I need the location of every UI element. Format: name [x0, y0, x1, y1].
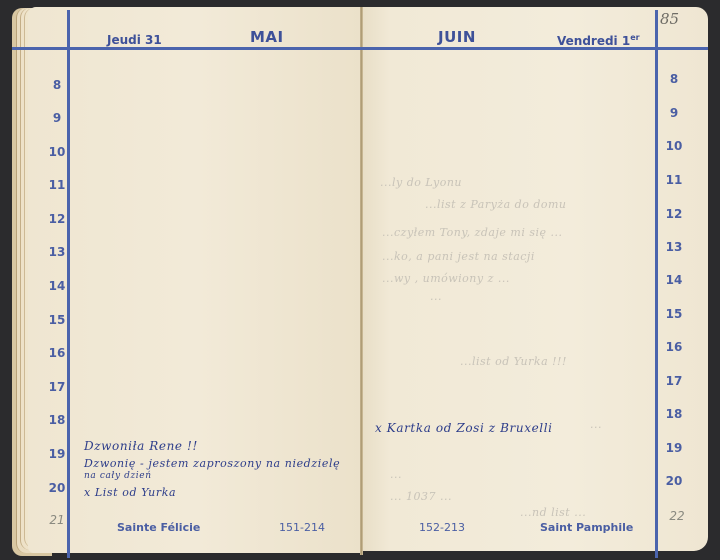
ghost-line: ...nd list ... — [520, 506, 586, 519]
hour-label: 11 — [44, 178, 70, 192]
right-day-label: Vendredi 1er — [557, 33, 640, 48]
ghost-line: ...czyłem Tony, zdaje mi się ... — [382, 226, 563, 239]
ghost-line: ...ko, a pani jest na stacji — [382, 250, 535, 263]
hour-label: 12 — [44, 212, 70, 226]
hour-label: 11 — [661, 173, 687, 187]
hour-label: 20 — [44, 481, 70, 495]
folio-number: 85 — [660, 10, 679, 28]
right-day-of-year: 152-213 — [419, 521, 465, 534]
ghost-line: ... — [430, 290, 442, 303]
ghost-line: ... 1037 ... — [390, 490, 452, 503]
hour-label: 20 — [661, 474, 687, 488]
hour-label: 15 — [44, 313, 70, 327]
right-saint-name: Saint Pamphile — [540, 521, 633, 534]
hour-label: 9 — [44, 111, 70, 125]
right-margin-rule — [655, 10, 658, 558]
hour-label: 13 — [44, 245, 70, 259]
hour-label: 19 — [661, 441, 687, 455]
page-number: 22 — [664, 509, 690, 523]
book-gutter — [360, 7, 363, 555]
hour-label: 17 — [661, 374, 687, 388]
right-month-label: JUIN — [438, 28, 476, 46]
hour-label: 19 — [44, 447, 70, 461]
hour-label: 10 — [661, 139, 687, 153]
left-saint-name: Sainte Félicie — [117, 521, 200, 534]
hour-label: 13 — [661, 240, 687, 254]
ghost-line: ... — [590, 418, 602, 431]
ghost-line: ...wy , umówiony z ... — [382, 272, 510, 285]
handwritten-entry: Dzwonię - jestem zaproszony na niedzielę — [84, 457, 340, 470]
hour-label: 9 — [661, 106, 687, 120]
ghost-line: ...list z Paryża do domu — [425, 198, 567, 211]
handwritten-entry: x List od Yurka — [84, 486, 176, 499]
hour-label: 15 — [661, 307, 687, 321]
hour-label: 18 — [44, 413, 70, 427]
left-page — [28, 7, 362, 553]
handwritten-entry: na cały dzień — [84, 471, 152, 481]
hour-label: 18 — [661, 407, 687, 421]
hour-label: 14 — [44, 279, 70, 293]
hour-label: 16 — [661, 340, 687, 354]
hour-label: 8 — [44, 78, 70, 92]
page-number: 21 — [44, 513, 70, 527]
hour-label: 17 — [44, 380, 70, 394]
handwritten-entry: x Kartka od Zosi z Bruxelli — [375, 421, 553, 435]
hour-label: 14 — [661, 273, 687, 287]
hour-label: 12 — [661, 207, 687, 221]
hour-label: 16 — [44, 346, 70, 360]
ghost-line: ...ly do Lyonu — [380, 176, 462, 189]
left-month-label: MAI — [250, 28, 284, 46]
right-day-suffix: er — [630, 33, 639, 42]
hour-label: 8 — [661, 72, 687, 86]
ghost-line: ...list od Yurka !!! — [460, 355, 567, 368]
right-day-text: Vendredi 1 — [557, 34, 630, 48]
left-day-of-year: 151-214 — [279, 521, 325, 534]
left-day-label: Jeudi 31 — [107, 33, 162, 47]
ghost-line: ... — [390, 468, 402, 481]
hour-label: 10 — [44, 145, 70, 159]
handwritten-entry: Dzwoniła Rene !! — [84, 439, 198, 453]
diary-spread: Jeudi 31 MAI JUIN Vendredi 1er 85 8 9 10… — [0, 0, 720, 560]
